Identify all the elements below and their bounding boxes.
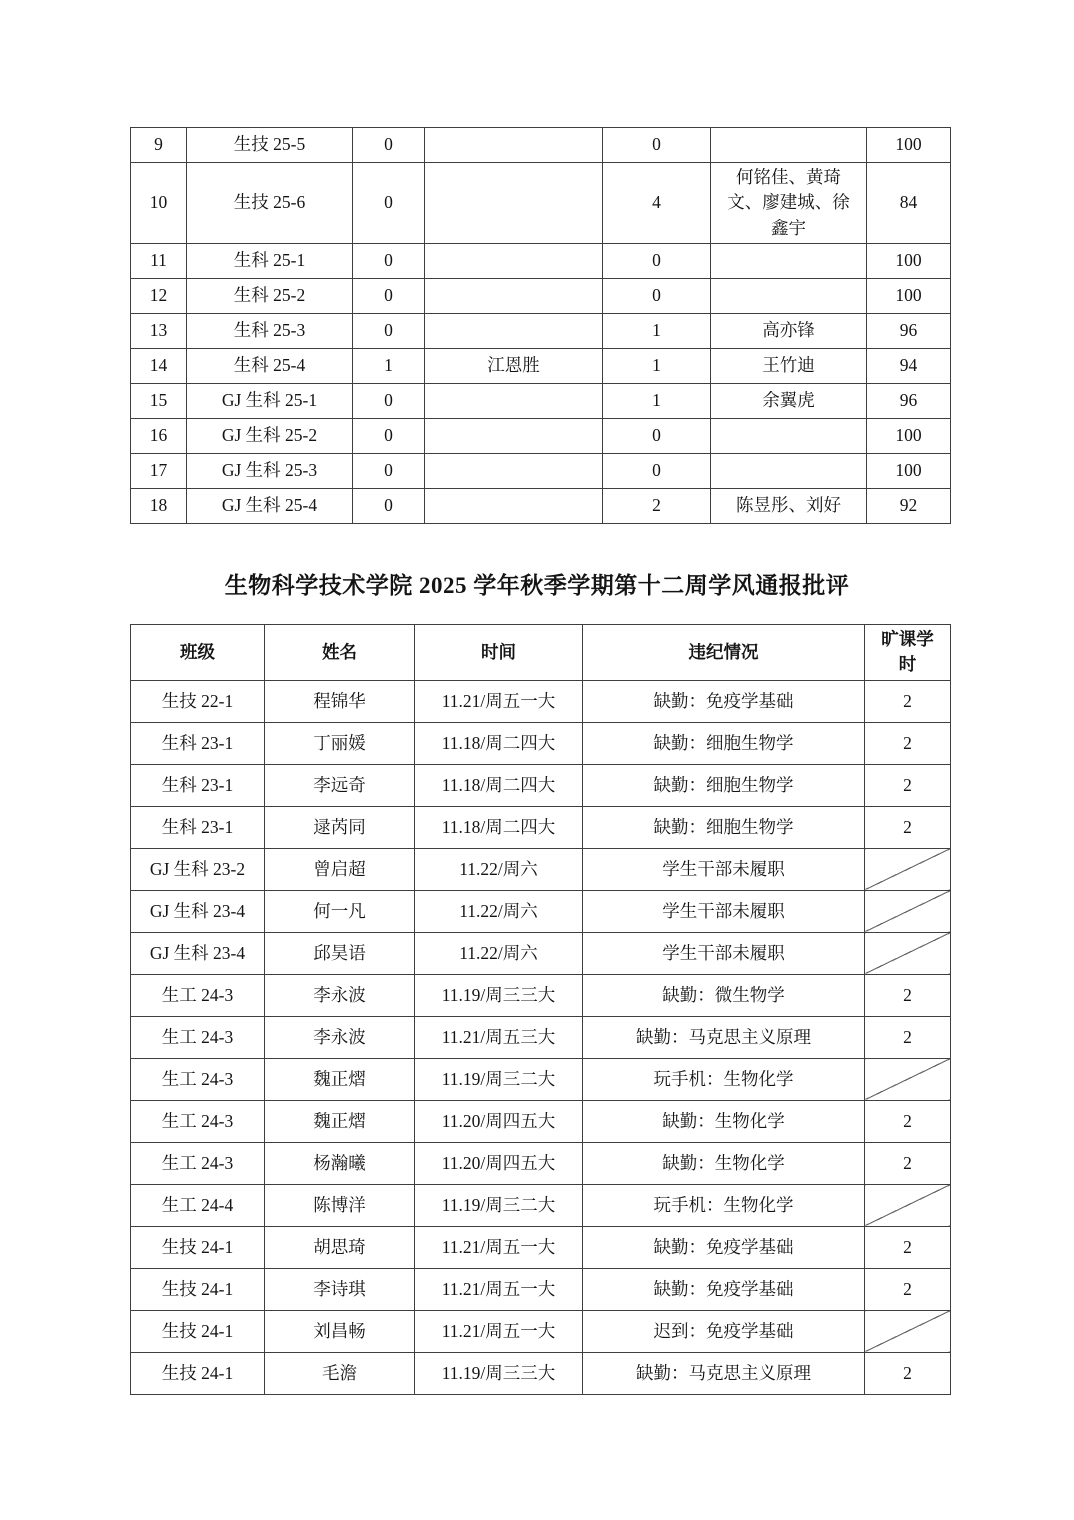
index-cell: 15 xyxy=(131,384,187,419)
time-cell: 11.20/周四五大 xyxy=(415,1142,583,1184)
class-cell: GJ 生科 25-2 xyxy=(187,419,353,454)
name-cell: 杨瀚曦 xyxy=(265,1142,415,1184)
class-cell: 生科 23-1 xyxy=(131,764,265,806)
class-cell: 生技 24-1 xyxy=(131,1226,265,1268)
score-cell: 100 xyxy=(867,419,951,454)
table-row: 9 生技 25-5 0 0 100 xyxy=(131,128,951,163)
score-cell: 100 xyxy=(867,454,951,489)
violation-cell: 缺勤：细胞生物学 xyxy=(583,764,865,806)
index-cell: 12 xyxy=(131,279,187,314)
table-row: 生工 24-4 陈博洋 11.19/周三二大 玩手机：生物化学 xyxy=(131,1184,951,1226)
table-row: 生科 23-1 丁丽媛 11.18/周二四大 缺勤：细胞生物学 2 xyxy=(131,722,951,764)
time-cell: 11.19/周三三大 xyxy=(415,1352,583,1394)
name-cell: 魏正熠 xyxy=(265,1058,415,1100)
class-cell: 生科 23-1 xyxy=(131,722,265,764)
class-cell: 生技 24-1 xyxy=(131,1352,265,1394)
score-cell: 94 xyxy=(867,349,951,384)
score-cell: 92 xyxy=(867,489,951,524)
table-row: 生科 23-1 李远奇 11.18/周二四大 缺勤：细胞生物学 2 xyxy=(131,764,951,806)
table-row: 14 生科 25-4 1 江恩胜 1 王竹迪 94 xyxy=(131,349,951,384)
violation-cell: 学生干部未履职 xyxy=(583,848,865,890)
time-cell: 11.21/周五一大 xyxy=(415,1226,583,1268)
header-class: 班级 xyxy=(131,625,265,681)
table-row: GJ 生科 23-4 何一凡 11.22/周六 学生干部未履职 xyxy=(131,890,951,932)
class-cell: GJ 生科 23-4 xyxy=(131,932,265,974)
violation-cell: 缺勤：马克思主义原理 xyxy=(583,1352,865,1394)
count-cell: 1 xyxy=(603,314,711,349)
class-cell: GJ 生科 25-4 xyxy=(187,489,353,524)
name-cell: 魏正熠 xyxy=(265,1100,415,1142)
header-time: 时间 xyxy=(415,625,583,681)
names-cell xyxy=(425,384,603,419)
count-cell: 0 xyxy=(353,314,425,349)
table-row: 16 GJ 生科 25-2 0 0 100 xyxy=(131,419,951,454)
index-cell: 13 xyxy=(131,314,187,349)
table-row: 15 GJ 生科 25-1 0 1 余翼虎 96 xyxy=(131,384,951,419)
table-row: 生技 24-1 胡思琦 11.21/周五一大 缺勤：免疫学基础 2 xyxy=(131,1226,951,1268)
document-page: 9 生技 25-5 0 0 100 10 生技 25-6 0 4 何铭佳、黄琦文… xyxy=(0,0,1074,1520)
absent-hours-cell: 2 xyxy=(865,1268,951,1310)
violation-cell: 缺勤：微生物学 xyxy=(583,974,865,1016)
count-cell: 4 xyxy=(603,163,711,244)
absent-hours-cell: 2 xyxy=(865,1016,951,1058)
time-cell: 11.22/周六 xyxy=(415,848,583,890)
table-row: 生科 23-1 逯芮同 11.18/周二四大 缺勤：细胞生物学 2 xyxy=(131,806,951,848)
time-cell: 11.18/周二四大 xyxy=(415,722,583,764)
name-cell: 李诗琪 xyxy=(265,1268,415,1310)
name-cell: 程锦华 xyxy=(265,680,415,722)
names-cell xyxy=(425,314,603,349)
names-cell: 陈昱彤、刘好 xyxy=(711,489,867,524)
count-cell: 0 xyxy=(603,454,711,489)
table-row: 生技 24-1 李诗琪 11.21/周五一大 缺勤：免疫学基础 2 xyxy=(131,1268,951,1310)
time-cell: 11.21/周五一大 xyxy=(415,680,583,722)
absent-hours-cell: 2 xyxy=(865,1100,951,1142)
table-row: GJ 生科 23-2 曾启超 11.22/周六 学生干部未履职 xyxy=(131,848,951,890)
absent-hours-cell: 2 xyxy=(865,1142,951,1184)
index-cell: 18 xyxy=(131,489,187,524)
time-cell: 11.19/周三三大 xyxy=(415,974,583,1016)
absent-hours-cell: 2 xyxy=(865,974,951,1016)
count-cell: 1 xyxy=(603,384,711,419)
count-cell: 0 xyxy=(353,279,425,314)
count-cell: 1 xyxy=(353,349,425,384)
score-cell: 100 xyxy=(867,244,951,279)
class-cell: 生科 25-2 xyxy=(187,279,353,314)
violation-cell: 缺勤：细胞生物学 xyxy=(583,722,865,764)
class-cell: 生技 25-5 xyxy=(187,128,353,163)
class-cell: 生科 25-3 xyxy=(187,314,353,349)
class-cell: 生科 23-1 xyxy=(131,806,265,848)
index-cell: 17 xyxy=(131,454,187,489)
header-name: 姓名 xyxy=(265,625,415,681)
name-cell: 刘昌畅 xyxy=(265,1310,415,1352)
names-cell xyxy=(425,163,603,244)
violation-cell: 缺勤：细胞生物学 xyxy=(583,806,865,848)
absent-hours-cell xyxy=(865,1310,951,1352)
table-row: 生技 22-1 程锦华 11.21/周五一大 缺勤：免疫学基础 2 xyxy=(131,680,951,722)
absent-hours-cell: 2 xyxy=(865,806,951,848)
violation-cell: 学生干部未履职 xyxy=(583,932,865,974)
names-cell: 何铭佳、黄琦文、廖建城、徐鑫宇 xyxy=(711,163,867,244)
class-cell: 生工 24-4 xyxy=(131,1184,265,1226)
absent-hours-cell xyxy=(865,890,951,932)
absent-hours-cell xyxy=(865,848,951,890)
table-row: 生工 24-3 李永波 11.21/周五三大 缺勤：马克思主义原理 2 xyxy=(131,1016,951,1058)
violation-report-table: 班级 姓名 时间 违纪情况 旷课学时 生技 22-1 程锦华 11.21/周五一… xyxy=(130,624,951,1395)
names-cell xyxy=(425,489,603,524)
time-cell: 11.20/周四五大 xyxy=(415,1100,583,1142)
score-cell: 84 xyxy=(867,163,951,244)
names-cell xyxy=(711,454,867,489)
count-cell: 0 xyxy=(603,419,711,454)
names-cell xyxy=(711,128,867,163)
violation-cell: 缺勤：生物化学 xyxy=(583,1142,865,1184)
count-cell: 0 xyxy=(353,244,425,279)
count-cell: 0 xyxy=(353,384,425,419)
class-cell: 生技 25-6 xyxy=(187,163,353,244)
name-cell: 何一凡 xyxy=(265,890,415,932)
count-cell: 0 xyxy=(353,489,425,524)
table-row: 17 GJ 生科 25-3 0 0 100 xyxy=(131,454,951,489)
time-cell: 11.21/周五一大 xyxy=(415,1310,583,1352)
absent-hours-cell: 2 xyxy=(865,680,951,722)
class-cell: 生技 24-1 xyxy=(131,1310,265,1352)
table-row: 生工 24-3 李永波 11.19/周三三大 缺勤：微生物学 2 xyxy=(131,974,951,1016)
score-cell: 96 xyxy=(867,384,951,419)
attendance-summary-table: 9 生技 25-5 0 0 100 10 生技 25-6 0 4 何铭佳、黄琦文… xyxy=(130,127,951,524)
absent-hours-cell xyxy=(865,1184,951,1226)
index-cell: 16 xyxy=(131,419,187,454)
name-cell: 陈博洋 xyxy=(265,1184,415,1226)
names-cell xyxy=(425,244,603,279)
names-cell xyxy=(711,244,867,279)
time-cell: 11.18/周二四大 xyxy=(415,806,583,848)
report-title: 生物科学技术学院 2025 学年秋季学期第十二周学风通报批评 xyxy=(0,567,1074,600)
count-cell: 0 xyxy=(353,419,425,454)
table-row: 11 生科 25-1 0 0 100 xyxy=(131,244,951,279)
names-cell: 江恩胜 xyxy=(425,349,603,384)
class-cell: 生技 24-1 xyxy=(131,1268,265,1310)
table-row: 生技 24-1 毛澹 11.19/周三三大 缺勤：马克思主义原理 2 xyxy=(131,1352,951,1394)
violation-cell: 缺勤：免疫学基础 xyxy=(583,1226,865,1268)
violation-cell: 学生干部未履职 xyxy=(583,890,865,932)
name-cell: 李远奇 xyxy=(265,764,415,806)
count-cell: 0 xyxy=(603,128,711,163)
name-cell: 曾启超 xyxy=(265,848,415,890)
class-cell: GJ 生科 25-3 xyxy=(187,454,353,489)
violation-cell: 缺勤：马克思主义原理 xyxy=(583,1016,865,1058)
score-cell: 100 xyxy=(867,128,951,163)
table-row: GJ 生科 23-4 邱昊语 11.22/周六 学生干部未履职 xyxy=(131,932,951,974)
table-row: 12 生科 25-2 0 0 100 xyxy=(131,279,951,314)
class-cell: GJ 生科 25-1 xyxy=(187,384,353,419)
count-cell: 0 xyxy=(603,279,711,314)
names-cell xyxy=(425,454,603,489)
count-cell: 1 xyxy=(603,349,711,384)
index-cell: 10 xyxy=(131,163,187,244)
name-cell: 李永波 xyxy=(265,1016,415,1058)
violation-cell: 迟到：免疫学基础 xyxy=(583,1310,865,1352)
table-row: 生技 24-1 刘昌畅 11.21/周五一大 迟到：免疫学基础 xyxy=(131,1310,951,1352)
time-cell: 11.19/周三二大 xyxy=(415,1184,583,1226)
header-violation: 违纪情况 xyxy=(583,625,865,681)
absent-hours-cell: 2 xyxy=(865,1352,951,1394)
table-row: 生工 24-3 魏正熠 11.19/周三二大 玩手机：生物化学 xyxy=(131,1058,951,1100)
violation-cell: 缺勤：免疫学基础 xyxy=(583,680,865,722)
names-cell: 高亦锋 xyxy=(711,314,867,349)
names-cell xyxy=(711,279,867,314)
count-cell: 0 xyxy=(353,454,425,489)
time-cell: 11.18/周二四大 xyxy=(415,764,583,806)
class-cell: 生工 24-3 xyxy=(131,1142,265,1184)
time-cell: 11.22/周六 xyxy=(415,890,583,932)
table-row: 10 生技 25-6 0 4 何铭佳、黄琦文、廖建城、徐鑫宇 84 xyxy=(131,163,951,244)
violation-cell: 缺勤：免疫学基础 xyxy=(583,1268,865,1310)
class-cell: 生科 25-4 xyxy=(187,349,353,384)
time-cell: 11.22/周六 xyxy=(415,932,583,974)
class-cell: GJ 生科 23-4 xyxy=(131,890,265,932)
violation-cell: 玩手机：生物化学 xyxy=(583,1184,865,1226)
names-cell xyxy=(711,419,867,454)
table-header-row: 班级 姓名 时间 违纪情况 旷课学时 xyxy=(131,625,951,681)
name-cell: 丁丽媛 xyxy=(265,722,415,764)
absent-hours-cell: 2 xyxy=(865,1226,951,1268)
class-cell: 生工 24-3 xyxy=(131,1016,265,1058)
time-cell: 11.21/周五三大 xyxy=(415,1016,583,1058)
name-cell: 逯芮同 xyxy=(265,806,415,848)
name-cell: 毛澹 xyxy=(265,1352,415,1394)
score-cell: 100 xyxy=(867,279,951,314)
class-cell: 生工 24-3 xyxy=(131,974,265,1016)
table-row: 13 生科 25-3 0 1 高亦锋 96 xyxy=(131,314,951,349)
count-cell: 2 xyxy=(603,489,711,524)
absent-hours-cell xyxy=(865,1058,951,1100)
score-cell: 96 xyxy=(867,314,951,349)
violation-cell: 缺勤：生物化学 xyxy=(583,1100,865,1142)
time-cell: 11.21/周五一大 xyxy=(415,1268,583,1310)
table-row: 18 GJ 生科 25-4 0 2 陈昱彤、刘好 92 xyxy=(131,489,951,524)
count-cell: 0 xyxy=(353,163,425,244)
names-cell: 王竹迪 xyxy=(711,349,867,384)
name-cell: 李永波 xyxy=(265,974,415,1016)
header-absent-hours: 旷课学时 xyxy=(865,625,951,681)
names-cell xyxy=(425,279,603,314)
class-cell: 生工 24-3 xyxy=(131,1100,265,1142)
absent-hours-cell: 2 xyxy=(865,722,951,764)
class-cell: 生技 22-1 xyxy=(131,680,265,722)
table-row: 生工 24-3 杨瀚曦 11.20/周四五大 缺勤：生物化学 2 xyxy=(131,1142,951,1184)
class-cell: 生工 24-3 xyxy=(131,1058,265,1100)
count-cell: 0 xyxy=(353,128,425,163)
table-row: 生工 24-3 魏正熠 11.20/周四五大 缺勤：生物化学 2 xyxy=(131,1100,951,1142)
class-cell: GJ 生科 23-2 xyxy=(131,848,265,890)
absent-hours-cell xyxy=(865,932,951,974)
count-cell: 0 xyxy=(603,244,711,279)
absent-hours-cell: 2 xyxy=(865,764,951,806)
name-cell: 邱昊语 xyxy=(265,932,415,974)
time-cell: 11.19/周三二大 xyxy=(415,1058,583,1100)
index-cell: 11 xyxy=(131,244,187,279)
names-cell: 余翼虎 xyxy=(711,384,867,419)
names-cell xyxy=(425,128,603,163)
violation-cell: 玩手机：生物化学 xyxy=(583,1058,865,1100)
index-cell: 14 xyxy=(131,349,187,384)
index-cell: 9 xyxy=(131,128,187,163)
names-cell xyxy=(425,419,603,454)
class-cell: 生科 25-1 xyxy=(187,244,353,279)
name-cell: 胡思琦 xyxy=(265,1226,415,1268)
